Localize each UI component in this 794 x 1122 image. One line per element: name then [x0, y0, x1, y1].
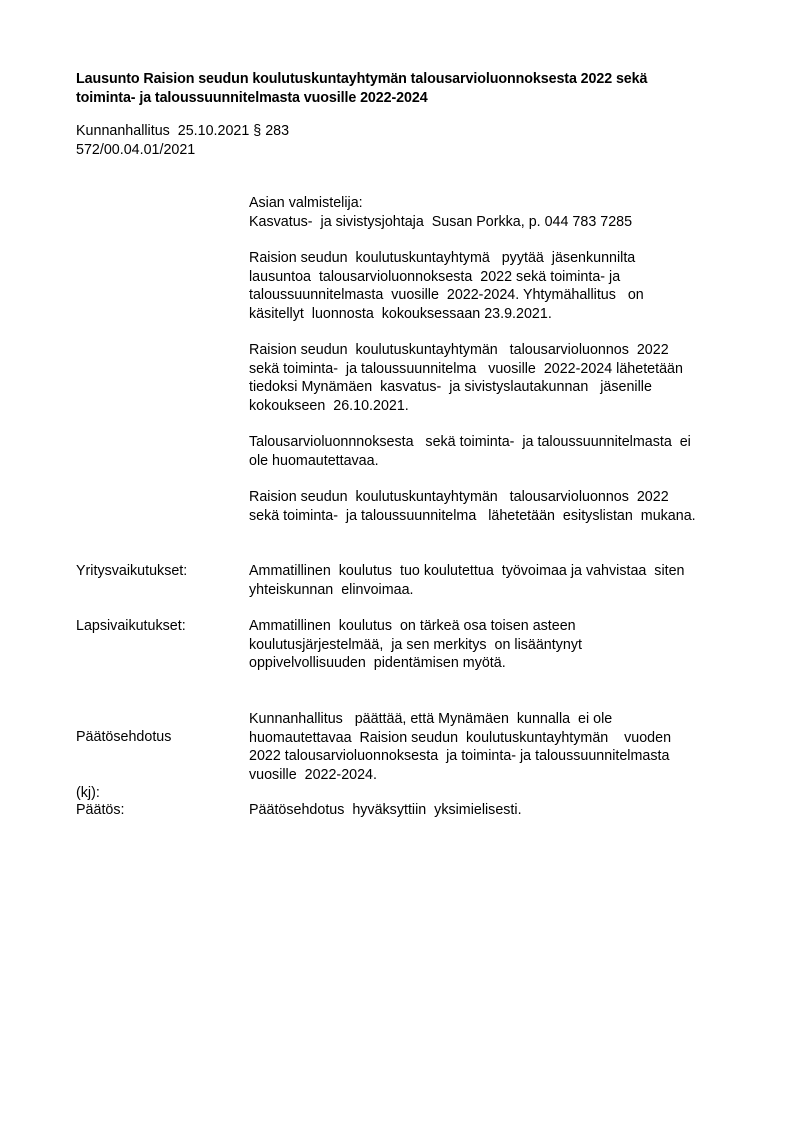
paragraph-line: sekä toiminta- ja taloussuunnitelma lähe…	[249, 507, 739, 526]
title-line: toiminta- ja taloussuunnitelmasta vuosil…	[76, 89, 756, 108]
business-impact-label: Yritysvaikutukset:	[76, 562, 187, 581]
meeting-reference: Kunnanhallitus 25.10.2021 § 283	[76, 122, 289, 141]
section-line: 2022 talousarvioluonnoksesta ja toiminta…	[249, 747, 739, 766]
preparer-label: Asian valmistelija:	[249, 194, 739, 213]
section-line: Ammatillinen koulutus on tärkeä osa tois…	[249, 617, 739, 636]
preparer-block: Asian valmistelija: Kasvatus- ja sivisty…	[249, 194, 739, 231]
paragraph-line: tiedoksi Mynämäen kasvatus- ja sivistysl…	[249, 378, 739, 397]
paragraph-request: Raision seudun koulutuskuntayhtymä pyytä…	[249, 249, 739, 323]
child-impact-label: Lapsivaikutukset:	[76, 617, 186, 636]
meeting-info: Kunnanhallitus 25.10.2021 § 283 572/00.0…	[76, 122, 289, 159]
paragraph-attachment: Raision seudun koulutuskuntayhtymän talo…	[249, 488, 739, 525]
paragraph-line: Raision seudun koulutuskuntayhtymä pyytä…	[249, 249, 739, 268]
paragraph-line: Raision seudun koulutuskuntayhtymän talo…	[249, 488, 739, 507]
section-line: Ammatillinen koulutus tuo koulutettua ty…	[249, 562, 739, 581]
paragraph-line: taloussuunnitelmasta vuosille 2022-2024.…	[249, 286, 739, 305]
section-line: yhteiskunnan elinvoimaa.	[249, 581, 739, 600]
section-line: Päätösehdotus hyväksyttiin yksimielisest…	[249, 801, 739, 820]
paragraph-no-remarks: Talousarvioluonnnoksesta sekä toiminta- …	[249, 433, 739, 470]
title-line: Lausunto Raision seudun koulutuskuntayht…	[76, 70, 756, 89]
proposal-label-line: Päätösehdotus	[76, 728, 171, 747]
paragraph-line: kokoukseen 26.10.2021.	[249, 397, 739, 416]
decision-label: Päätös:	[76, 801, 124, 820]
paragraph-line: sekä toiminta- ja taloussuunnitelma vuos…	[249, 360, 739, 379]
child-impact-text: Ammatillinen koulutus on tärkeä osa tois…	[249, 617, 739, 673]
paragraph-info: Raision seudun koulutuskuntayhtymän talo…	[249, 341, 739, 415]
proposal-label-line: (kj):	[76, 784, 171, 803]
business-impact-text: Ammatillinen koulutus tuo koulutettua ty…	[249, 562, 739, 599]
paragraph-line: Raision seudun koulutuskuntayhtymän talo…	[249, 341, 739, 360]
section-line: Kunnanhallitus päättää, että Mynämäen ku…	[249, 710, 739, 729]
record-number: 572/00.04.01/2021	[76, 141, 289, 160]
section-line: vuosille 2022-2024.	[249, 766, 739, 785]
proposal-text: Kunnanhallitus päättää, että Mynämäen ku…	[249, 710, 739, 784]
section-line: koulutusjärjestelmää, ja sen merkitys on…	[249, 636, 739, 655]
document-title: Lausunto Raision seudun koulutuskuntayht…	[76, 70, 756, 107]
paragraph-line: ole huomautettavaa.	[249, 452, 739, 471]
paragraph-line: käsitellyt luonnosta kokouksessaan 23.9.…	[249, 305, 739, 324]
decision-text: Päätösehdotus hyväksyttiin yksimielisest…	[249, 801, 739, 820]
section-line: oppivelvollisuuden pidentämisen myötä.	[249, 654, 739, 673]
preparer-value: Kasvatus- ja sivistysjohtaja Susan Porkk…	[249, 213, 739, 232]
paragraph-line: Talousarvioluonnnoksesta sekä toiminta- …	[249, 433, 739, 452]
paragraph-line: lausuntoa talousarvioluonnoksesta 2022 s…	[249, 268, 739, 287]
section-line: huomautettavaa Raision seudun koulutusku…	[249, 729, 739, 748]
